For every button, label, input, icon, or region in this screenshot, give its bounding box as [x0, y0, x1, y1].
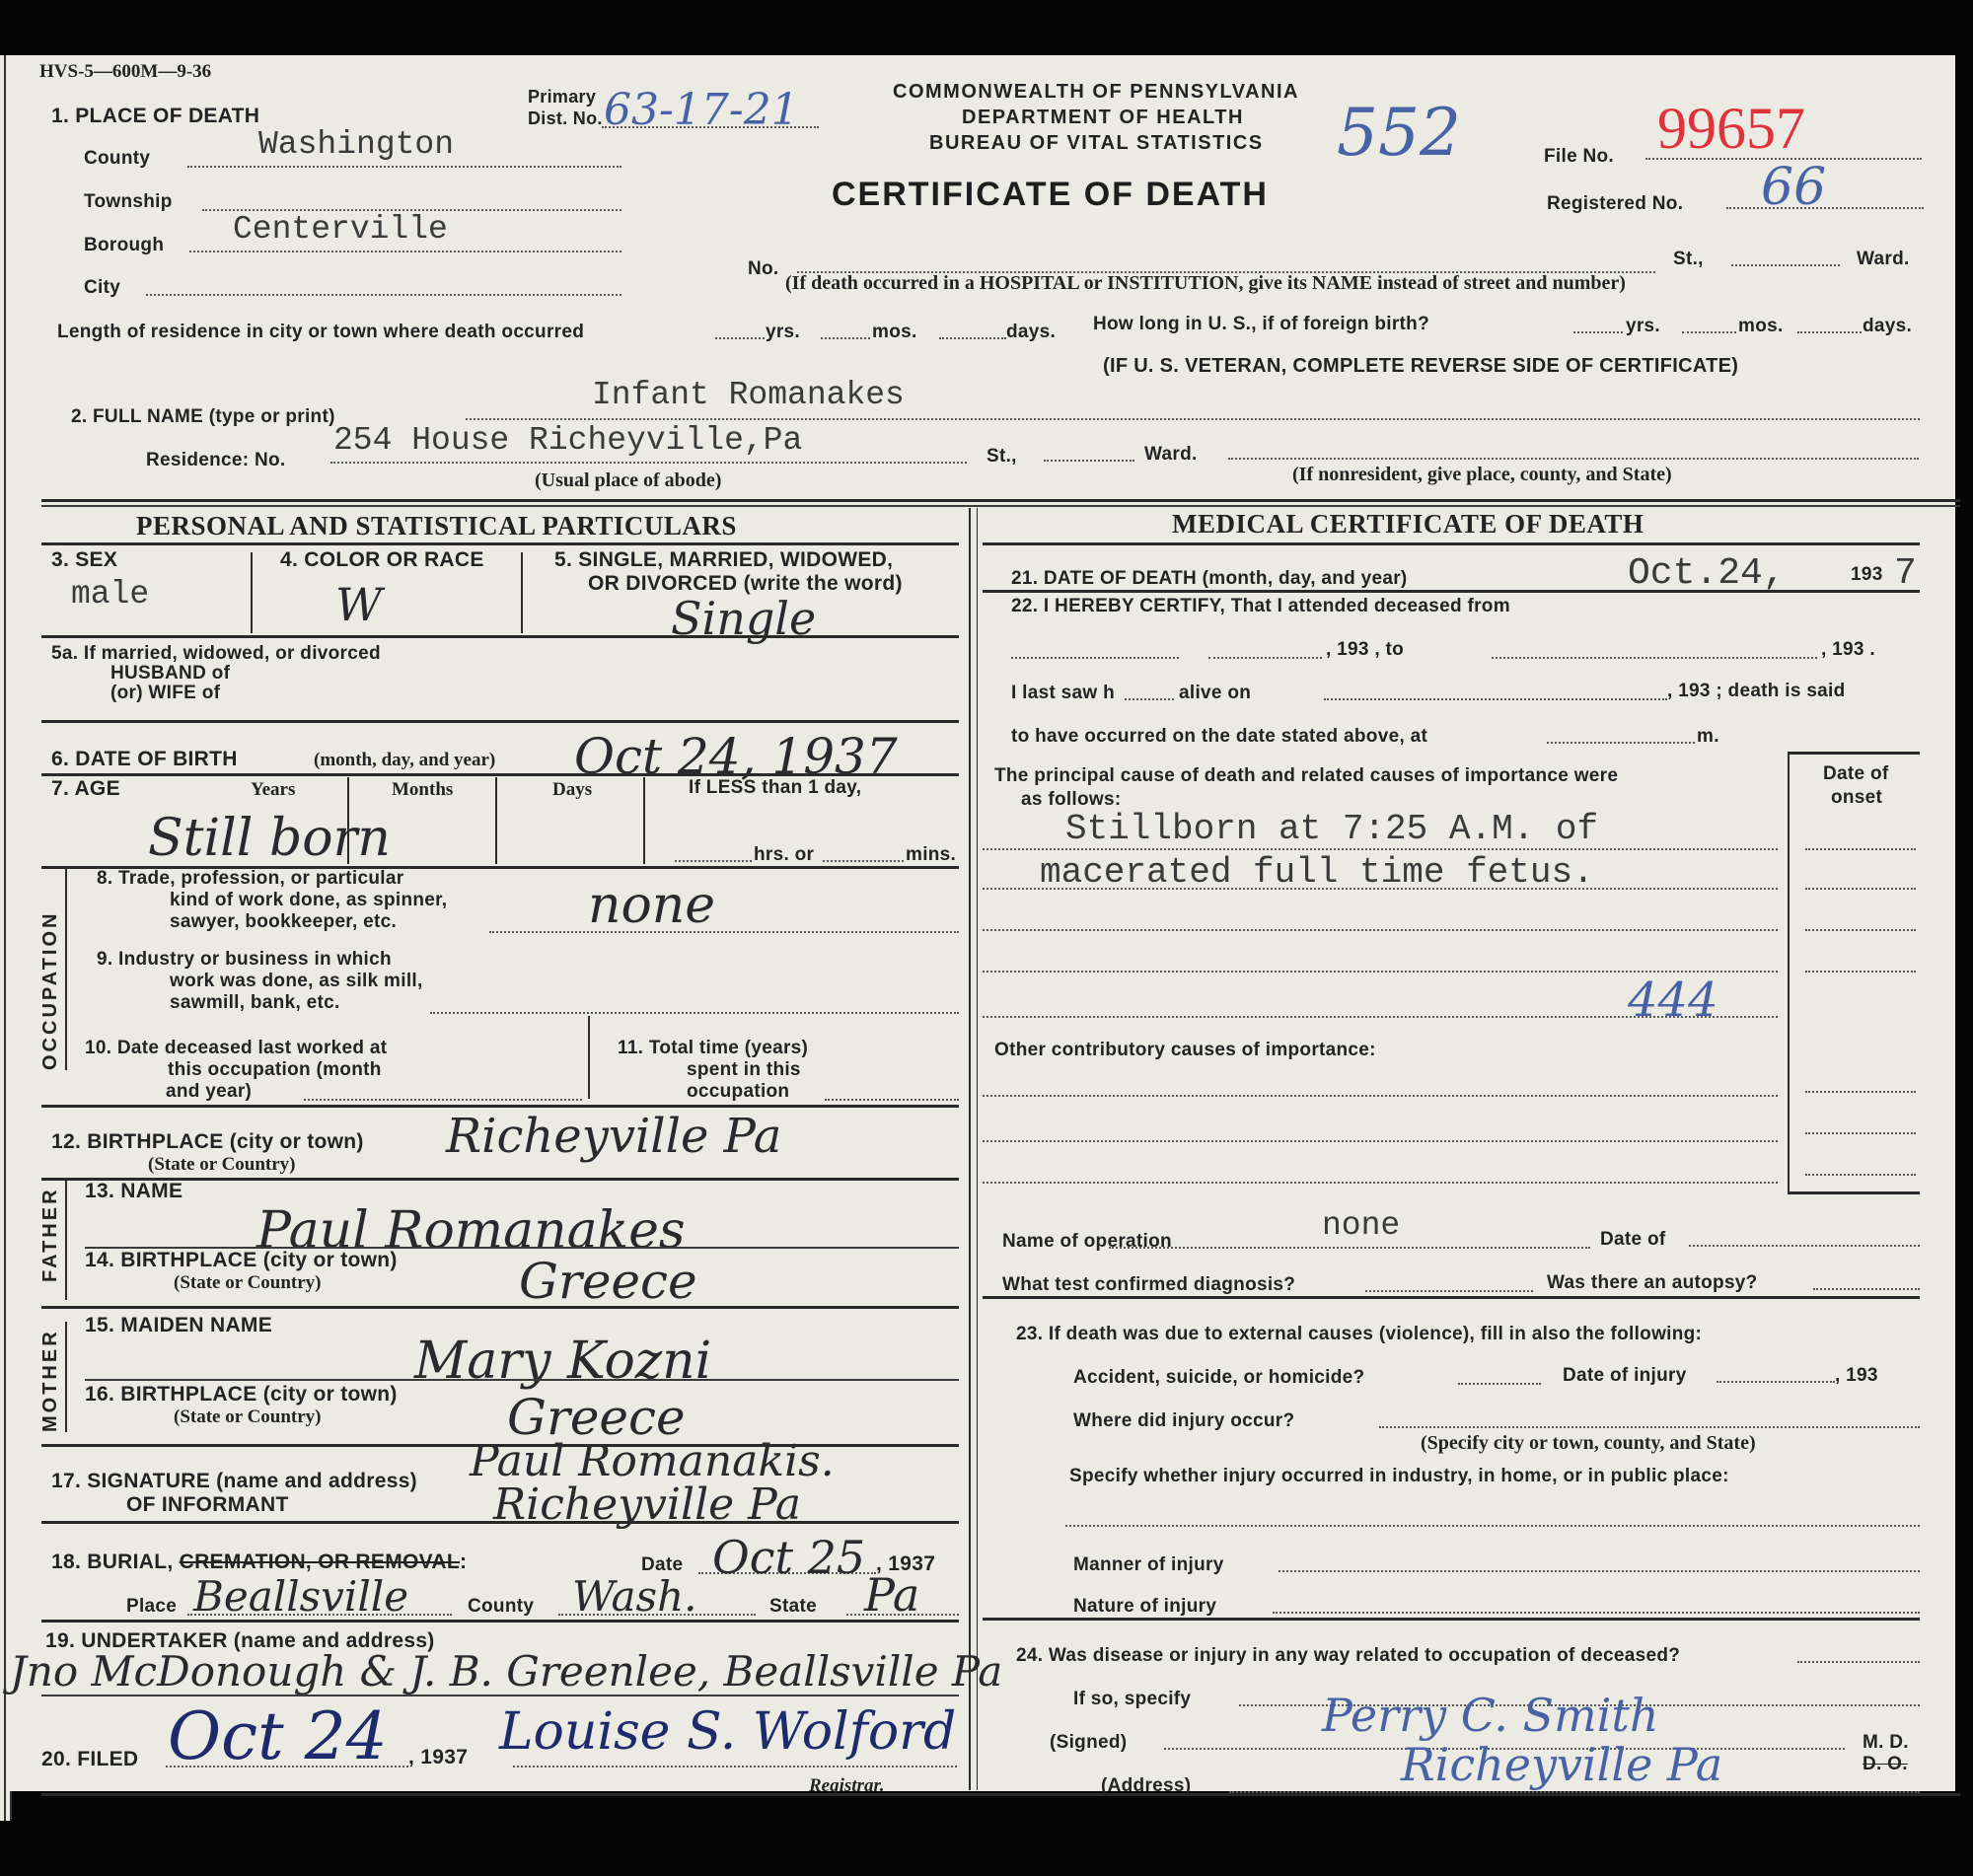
residence-mos-label: mos. [872, 322, 917, 343]
dod-value[interactable]: Oct.24, [1628, 552, 1786, 595]
last-saw-pronoun-line[interactable] [1125, 698, 1174, 700]
place-of-death-heading: 1. PLACE OF DEATH [51, 105, 259, 128]
onset-line-4[interactable] [1805, 971, 1916, 973]
dist-no-label: Dist. No. [528, 108, 603, 129]
last-worked-label-3: and year) [166, 1081, 252, 1103]
age-days-label: Days [552, 779, 592, 801]
total-time-label-1: 11. Total time (years) [618, 1038, 808, 1059]
last-saw-label-b: alive on [1179, 683, 1251, 704]
specify-label: Specify whether injury occurred in indus… [1069, 1466, 1729, 1487]
do-label: D. O. [1863, 1754, 1908, 1775]
residence-label: Residence: No. [146, 450, 285, 471]
certify-label: 22. I HEREBY CERTIFY, That I attended de… [1011, 596, 1510, 617]
manner-line[interactable] [1279, 1570, 1920, 1572]
last-worked-line[interactable] [304, 1099, 582, 1101]
dod-label: 21. DATE OF DEATH (month, day, and year) [1011, 568, 1408, 590]
age-label: 7. AGE [51, 777, 120, 801]
burial-label-struck: CREMATION, OR REMOVAL [180, 1551, 460, 1573]
personal-heading: PERSONAL AND STATISTICAL PARTICULARS [136, 511, 737, 541]
total-time-line[interactable] [825, 1099, 959, 1101]
full-name-line [466, 418, 1920, 420]
burial-place-label: Place [126, 1596, 177, 1618]
us-yrs-label: yrs. [1626, 316, 1660, 337]
attended-from-line-1[interactable] [1011, 657, 1179, 659]
injury-date-label: Date of injury [1563, 1365, 1687, 1387]
test-label: What test confirmed diagnosis? [1002, 1274, 1295, 1296]
burial-label-text: 18. BURIAL, [51, 1551, 180, 1573]
trade-line [489, 931, 959, 933]
age-value[interactable]: Still born [148, 809, 391, 868]
county-value[interactable]: Washington [258, 126, 454, 163]
residence-ward-value-line[interactable] [1228, 458, 1919, 460]
md-label: M. D. [1863, 1732, 1909, 1754]
occupation-related-line[interactable] [1797, 1661, 1920, 1663]
burial-county-value[interactable]: Wash. [572, 1572, 697, 1621]
side-divider [65, 868, 67, 1070]
column-divider [969, 508, 971, 1790]
filed-date-value[interactable]: Oct 24 [168, 1698, 388, 1774]
residence-length-label: Length of residence in city or town wher… [57, 322, 584, 343]
total-time-label-2: spent in this [687, 1059, 801, 1081]
page-title: CERTIFICATE OF DEATH [832, 176, 1269, 214]
divider [41, 773, 959, 776]
other-causes-line-2[interactable] [983, 1140, 1778, 1142]
attended-from-line-2[interactable] [1208, 657, 1322, 659]
where-line[interactable] [1379, 1426, 1920, 1428]
stamp-number: 552 [1337, 95, 1461, 171]
other-causes-label: Other contributory causes of importance: [994, 1040, 1376, 1061]
industry-label-3: sawmill, bank, etc. [170, 992, 340, 1014]
divider [41, 1521, 959, 1524]
residence-days-label: days. [1006, 322, 1056, 343]
divider [41, 1695, 959, 1696]
county-label: County [84, 148, 150, 170]
onset-box-top [1788, 752, 1920, 755]
burial-date-value[interactable]: Oct 25 [712, 1531, 865, 1584]
age-years-label: Years [251, 779, 295, 801]
operation-line [1109, 1247, 1590, 1249]
address-line [1229, 1791, 1920, 1793]
burial-state-value[interactable]: Pa [864, 1568, 919, 1622]
accident-label: Accident, suicide, or homicide? [1073, 1367, 1364, 1389]
age-hrs-label: hrs. or [754, 844, 814, 866]
nonresident-note: (If nonresident, give place, county, and… [1292, 464, 1672, 486]
trade-label-1: 8. Trade, profession, or particular [97, 868, 403, 890]
divider [41, 542, 959, 545]
informant-label-1: 17. SIGNATURE (name and address) [51, 1470, 417, 1493]
cell-divider [588, 1016, 590, 1099]
divider [41, 1105, 959, 1108]
occurred-time-line[interactable] [1547, 742, 1695, 744]
mother-birthplace-label-2: (State or Country) [174, 1407, 322, 1428]
city-line[interactable] [146, 294, 621, 296]
industry-line[interactable] [430, 1012, 959, 1014]
onset-line-1[interactable] [1805, 848, 1916, 850]
birthplace-label-2: (State or Country) [148, 1154, 296, 1176]
borough-value[interactable]: Centerville [233, 211, 448, 248]
autopsy-label: Was there an autopsy? [1547, 1272, 1758, 1294]
address-label: (Address) [1101, 1775, 1191, 1797]
birthplace-label-1: 12. BIRTHPLACE (city or town) [51, 1130, 364, 1154]
trade-label-3: sawyer, bookkeeper, etc. [170, 911, 397, 933]
filed-label: 20. FILED [41, 1748, 138, 1771]
onset-box-left [1788, 752, 1790, 1193]
if-so-label: If so, specify [1073, 1689, 1191, 1710]
agency-line-2: DEPARTMENT OF HEALTH [962, 107, 1244, 129]
veteran-note: (IF U. S. VETERAN, COMPLETE REVERSE SIDE… [1103, 355, 1738, 378]
operation-date-label: Date of [1600, 1229, 1666, 1251]
age-mins-label: mins. [906, 844, 956, 866]
file-no-label: File No. [1544, 146, 1614, 168]
divider [41, 505, 1960, 507]
trade-value[interactable]: none [588, 876, 715, 935]
mother-name-value[interactable]: Mary Kozni [414, 1332, 711, 1391]
divider [41, 1306, 959, 1309]
medical-heading: MEDICAL CERTIFICATE OF DEATH [1172, 509, 1644, 540]
burial-place-value[interactable]: Beallsville [193, 1572, 408, 1621]
us-yrs-line[interactable] [1573, 331, 1623, 333]
us-mos-line[interactable] [1682, 331, 1736, 333]
last-saw-date-line[interactable] [1324, 698, 1667, 700]
dob-label: 6. DATE OF BIRTH [51, 748, 238, 771]
registrar-signature[interactable]: Louise S. Wolford [499, 1702, 956, 1762]
father-birthplace-label-1: 14. BIRTHPLACE (city or town) [85, 1249, 398, 1272]
divider [41, 499, 1960, 502]
where-note: (Specify city or town, county, and State… [1421, 1432, 1756, 1455]
dod-year-prefix: 193 [1851, 564, 1883, 586]
divider [41, 635, 959, 638]
us-days-line[interactable] [1797, 331, 1862, 333]
onset-label-1: Date of [1823, 763, 1889, 785]
injury-193: , 193 [1835, 1365, 1878, 1387]
cell-divider [251, 552, 253, 633]
birthplace-value[interactable]: Richeyville Pa [446, 1109, 781, 1164]
onset-line-6[interactable] [1805, 1132, 1916, 1134]
us-days-label: days. [1863, 316, 1912, 337]
agency-line-3: BUREAU OF VITAL STATISTICS [929, 132, 1264, 155]
how-long-us-label: How long in U. S., if of foreign birth? [1093, 314, 1429, 335]
borough-label: Borough [84, 235, 164, 256]
cause-code: 444 [1628, 973, 1718, 1028]
divider [983, 542, 1920, 545]
cell-divider [521, 552, 523, 633]
race-value[interactable]: W [335, 578, 382, 631]
divider [85, 1379, 959, 1381]
residence-mos-line[interactable] [821, 337, 870, 339]
sex-value[interactable]: male [71, 576, 149, 613]
residence-line [330, 462, 967, 464]
residence-st-label: St., [986, 446, 1017, 468]
county-line [187, 166, 621, 168]
ward-line[interactable] [1731, 264, 1840, 266]
primary-label: Primary [528, 87, 596, 108]
attended-193b: , 193 . [1821, 639, 1875, 661]
age-hrs-line[interactable] [675, 860, 752, 862]
father-name-label: 13. NAME [85, 1180, 183, 1203]
residence-value[interactable]: 254 House Richeyville,Pa [333, 422, 802, 459]
burial-label: 18. BURIAL, CREMATION, OR REMOVAL: [51, 1551, 467, 1574]
onset-label-2: onset [1831, 787, 1882, 809]
operation-date-line[interactable] [1689, 1245, 1920, 1247]
spouse-label-1: 5a. If married, widowed, or divorced [51, 643, 381, 665]
other-causes-line-1[interactable] [983, 1095, 1778, 1097]
cell-divider [495, 777, 497, 864]
residence-yrs-label: yrs. [766, 322, 800, 343]
test-line[interactable] [1365, 1290, 1533, 1292]
manner-label: Manner of injury [1073, 1554, 1224, 1576]
attended-193a: , 193 , to [1326, 639, 1404, 661]
last-saw-label-c: , 193 ; death is said [1667, 681, 1846, 702]
residence-yrs-line[interactable] [715, 337, 765, 339]
operation-value[interactable]: none [1322, 1207, 1400, 1244]
registered-no-label: Registered No. [1547, 193, 1683, 215]
marital-label-1: 5. SINGLE, MARRIED, WIDOWED, [554, 548, 893, 572]
borough-line [189, 251, 621, 253]
residence-ward-line[interactable] [1044, 460, 1134, 462]
operation-label: Name of operation [1002, 1231, 1172, 1253]
cause-label-1: The principal cause of death and related… [994, 765, 1618, 787]
mother-side-label: MOTHER [39, 1329, 62, 1432]
divider [983, 1618, 1920, 1621]
father-birthplace-value[interactable]: Greece [519, 1253, 697, 1310]
full-name-label: 2. FULL NAME (type or print) [71, 406, 335, 428]
hospital-note: (If death occurred in a HOSPITAL or INST… [785, 272, 1626, 295]
physician-signature[interactable]: Perry C. Smith [1322, 1689, 1658, 1742]
registered-no-value[interactable]: 66 [1761, 158, 1826, 217]
physician-address[interactable]: Richeyville Pa [1401, 1738, 1722, 1791]
sex-label: 3. SEX [51, 548, 117, 572]
form-code: HVS-5—600M—9-36 [39, 61, 211, 83]
onset-line-3[interactable] [1805, 929, 1916, 931]
nature-line[interactable] [1273, 1612, 1920, 1614]
burial-state-label: State [769, 1596, 817, 1618]
external-label: 23. If death was due to external causes … [1016, 1324, 1702, 1345]
divider [41, 1620, 959, 1623]
dob-paren: (month, day, and year) [314, 750, 495, 771]
age-mins-line[interactable] [823, 860, 904, 862]
full-name-value[interactable]: Infant Romanakes [592, 377, 905, 413]
mother-name-label: 15. MAIDEN NAME [85, 1314, 272, 1337]
undertaker-value[interactable]: Jno McDonough & J. B. Greenlee, Beallsvi… [10, 1647, 1002, 1696]
residence-days-line[interactable] [939, 337, 1006, 339]
document-left-rule [4, 55, 6, 1821]
industry-label-2: work was done, as silk mill, [170, 971, 423, 992]
nature-label: Nature of injury [1073, 1596, 1216, 1618]
industry-label-1: 9. Industry or business in which [97, 949, 392, 971]
registrar-line [513, 1766, 957, 1768]
autopsy-line[interactable] [1813, 1288, 1920, 1290]
onset-line-5[interactable] [1805, 1091, 1916, 1093]
spouse-label-3: (or) WIFE of [110, 683, 220, 704]
us-mos-label: mos. [1738, 316, 1784, 337]
dod-year-suffix[interactable]: 7 [1894, 552, 1917, 595]
father-birthplace-label-2: (State or Country) [174, 1272, 322, 1294]
divider [983, 590, 1920, 593]
city-label: City [84, 277, 120, 299]
trade-label-2: kind of work done, as spinner, [170, 890, 447, 911]
divider [41, 1793, 1960, 1796]
where-label: Where did injury occur? [1073, 1410, 1294, 1432]
onset-line-2[interactable] [1805, 888, 1916, 890]
injury-date-line[interactable] [1717, 1381, 1835, 1383]
last-worked-label-1: 10. Date deceased last worked at [85, 1038, 387, 1059]
side-divider [65, 1180, 67, 1300]
filed-year: , 1937 [408, 1746, 468, 1769]
spouse-label-2: HUSBAND of [110, 663, 230, 685]
age-months-label: Months [392, 779, 453, 801]
township-label: Township [84, 191, 173, 213]
residence-ward-label: Ward. [1144, 444, 1198, 466]
occupation-side-label: OCCUPATION [39, 911, 62, 1070]
divider [983, 1296, 1920, 1299]
side-divider [65, 1322, 67, 1432]
occurred-m: m. [1697, 726, 1719, 748]
file-no-value[interactable]: 99657 [1657, 95, 1805, 163]
onset-line-7[interactable] [1805, 1174, 1916, 1176]
father-side-label: FATHER [39, 1187, 62, 1282]
occupation-related-label: 24. Was disease or injury in any way rel… [1016, 1645, 1680, 1667]
burial-label-colon: : [460, 1551, 467, 1573]
total-time-label-3: occupation [687, 1081, 789, 1103]
mother-birthplace-label-1: 16. BIRTHPLACE (city or town) [85, 1383, 398, 1407]
occurred-label: to have occurred on the date stated abov… [1011, 726, 1427, 748]
last-worked-label-2: this occupation (month [168, 1059, 382, 1081]
cause-label-2: as follows: [1021, 789, 1121, 811]
cell-divider [643, 777, 645, 864]
specify-line[interactable] [1065, 1525, 1920, 1527]
ward-label: Ward. [1857, 249, 1910, 270]
informant-label-2: OF INFORMANT [126, 1493, 289, 1517]
dist-no-value[interactable]: 63-17-21 [604, 85, 799, 135]
race-label: 4. COLOR OR RACE [280, 548, 484, 572]
burial-county-label: County [468, 1596, 534, 1618]
cause-value-2[interactable]: macerated full time fetus. [1040, 852, 1594, 893]
signed-label: (Signed) [1050, 1732, 1127, 1754]
street-no-label: No. [748, 258, 779, 280]
cause-line-3[interactable] [983, 929, 1778, 931]
abode-note: (Usual place of abode) [535, 469, 721, 492]
last-saw-label-a: I last saw h [1011, 683, 1115, 704]
agency-line-1: COMMONWEALTH OF PENNSYLVANIA [893, 81, 1299, 104]
accident-line[interactable] [1458, 1383, 1541, 1385]
onset-box-bottom [1788, 1191, 1920, 1194]
attended-to-line[interactable] [1492, 657, 1817, 659]
other-causes-line-3[interactable] [983, 1182, 1778, 1184]
age-less-label: If LESS than 1 day, [689, 777, 861, 799]
cause-value-1[interactable]: Stillborn at 7:25 A.M. of [1065, 809, 1598, 849]
street-st-label: St., [1673, 249, 1704, 270]
column-divider [977, 508, 978, 1790]
divider [41, 720, 959, 723]
